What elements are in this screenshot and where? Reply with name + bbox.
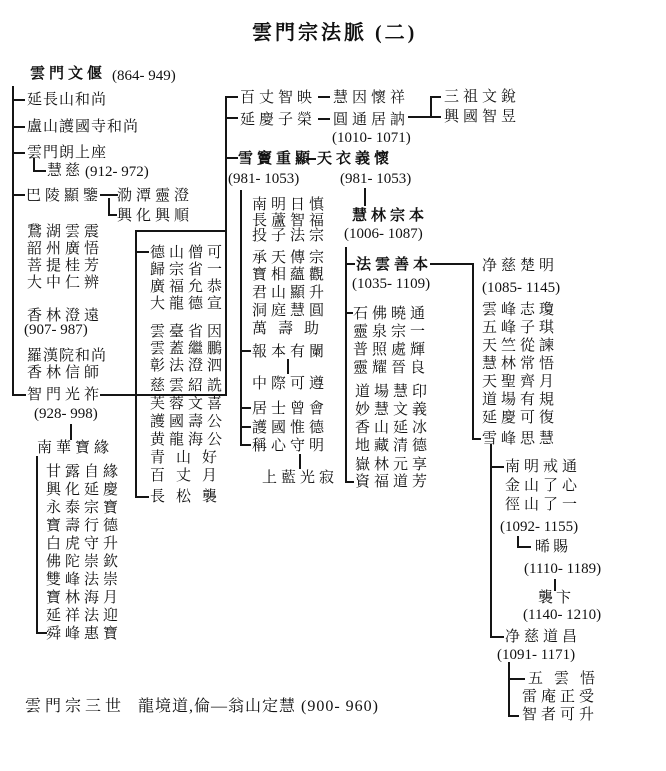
- connector-line: [135, 230, 227, 232]
- person-node: 大中仁辨: [27, 275, 103, 291]
- person-node: 彰法澄泗: [150, 358, 226, 374]
- connector-line: [36, 632, 47, 634]
- caption-generation-label: 雲門宗三世: [25, 693, 125, 716]
- person-node: 普照處輝: [353, 342, 429, 358]
- person-node: 報本有闌: [252, 344, 328, 360]
- person-node: (864- 949): [112, 68, 176, 84]
- person-node: 五峰子琪: [482, 320, 558, 336]
- person-node: 泐潭靈澄: [117, 188, 193, 204]
- person-node: 大龍德宣: [150, 296, 226, 312]
- person-node: 天聖齊月: [482, 374, 558, 390]
- person-node: 雷庵正受: [522, 689, 598, 705]
- person-node: 靈耀晉良: [353, 360, 429, 376]
- person-node: 雲蓋繼鵬: [150, 341, 226, 357]
- person-node: (912- 972): [85, 164, 149, 180]
- person-node: (1010- 1071): [332, 130, 411, 146]
- person-node: (928- 998): [34, 406, 98, 422]
- person-node: (1140- 1210): [523, 607, 601, 623]
- person-node: 洞庭慧圓: [252, 303, 328, 319]
- connector-line: [299, 454, 301, 469]
- connector-line: [12, 126, 25, 128]
- person-node: (1085- 1145): [482, 280, 560, 296]
- person-node: 黄龍海公: [150, 432, 226, 448]
- connector-line: [472, 438, 481, 440]
- person-node: 君山顯升: [252, 285, 328, 301]
- person-node: 延慶可復: [482, 410, 558, 426]
- person-node: 道場慧印: [355, 384, 431, 400]
- person-node: 護國惟德: [252, 420, 328, 436]
- person-node: 嶽林元享: [355, 457, 431, 473]
- person-node: 靈泉宗一: [353, 324, 429, 340]
- person-node: 興國智昱: [444, 109, 520, 125]
- person-node: 雪竇重顯: [238, 151, 314, 167]
- person-node: (981- 1053): [228, 171, 299, 187]
- connector-line: [345, 263, 355, 265]
- person-node: 承天傳宗: [252, 250, 328, 266]
- connector-line: [108, 214, 117, 216]
- connector-line: [490, 636, 504, 638]
- connector-line: [225, 157, 238, 159]
- person-node: (907- 987): [24, 322, 88, 338]
- connector-line: [490, 444, 492, 638]
- connector-line: [225, 96, 227, 396]
- person-node: 延慶子榮: [240, 112, 316, 128]
- person-node: 圓通居訥: [333, 112, 409, 128]
- connector-line: [430, 263, 474, 265]
- person-node: 雪峰思慧: [482, 431, 558, 447]
- connector-line: [33, 170, 46, 172]
- connector-line: [36, 456, 38, 634]
- person-node: 盧山護國寺和尚: [27, 119, 139, 135]
- person-node: 延祥法迎: [46, 608, 122, 624]
- person-node: 中際可遵: [252, 376, 328, 392]
- person-node: 南明戒通: [505, 459, 581, 475]
- person-node: 延長山和尚: [27, 92, 107, 108]
- page-title: 雲門宗法脈 (二): [252, 16, 417, 45]
- lineage-chart-page: 雲門宗法脈 (二) 雲門文偃(864- 949)延長山和尚盧山護國寺和尚雲門朗上…: [0, 0, 666, 771]
- connector-line: [508, 678, 525, 680]
- person-node: 雲門文偃: [30, 66, 106, 82]
- connector-line: [135, 496, 149, 498]
- person-node: 慈雲紹詵: [150, 378, 226, 394]
- person-node: 南明日慎: [252, 197, 328, 213]
- person-node: 居士曾會: [252, 401, 328, 417]
- person-node: 慧慈: [47, 163, 83, 179]
- connector-line: [318, 96, 330, 98]
- connector-line: [508, 662, 510, 717]
- person-node: 青山好: [150, 450, 228, 466]
- person-node: 石佛曉通: [353, 306, 429, 322]
- person-node: 廣福允恭: [150, 279, 226, 295]
- connector-line: [240, 444, 251, 446]
- connector-line: [306, 158, 316, 160]
- person-node: 慧林常悟: [482, 356, 558, 372]
- connector-line: [12, 86, 14, 396]
- person-node: 寶壽行德: [46, 518, 122, 534]
- person-node: 佛陀崇欽: [46, 554, 122, 570]
- connector-line: [345, 247, 347, 483]
- person-node: 百丈月: [150, 468, 228, 484]
- connector-line: [508, 715, 519, 717]
- connector-line: [430, 96, 441, 98]
- person-node: 德山僧可: [150, 245, 226, 261]
- person-node: 香山延冰: [355, 420, 431, 436]
- connector-line: [318, 118, 330, 120]
- person-node: 净慈楚明: [482, 258, 558, 274]
- connector-line: [225, 96, 238, 98]
- connector-line: [554, 579, 556, 591]
- person-node: 百丈智映: [240, 90, 316, 106]
- connector-line: [430, 96, 432, 118]
- person-node: 三祖文銳: [444, 89, 520, 105]
- person-node: 永泰宗寶: [46, 500, 122, 516]
- connector-line: [12, 394, 26, 396]
- person-node: 净慈道昌: [505, 629, 581, 645]
- person-node: 甘露自緣: [46, 464, 122, 480]
- person-node: 妙慧文義: [355, 402, 431, 418]
- connector-line: [240, 426, 251, 428]
- person-node: 雲門朗上座: [27, 145, 107, 161]
- person-node: 天竺從諫: [482, 338, 558, 354]
- person-node: (1035- 1109): [352, 276, 430, 292]
- person-node: 護國壽公: [150, 414, 226, 430]
- person-node: 雲峰志瓊: [482, 302, 558, 318]
- person-node: 投子法宗: [252, 228, 328, 244]
- person-node: 興化延慶: [46, 482, 122, 498]
- connector-line: [517, 546, 531, 548]
- person-node: 法雲善本: [356, 257, 432, 273]
- connector-line: [430, 116, 441, 118]
- connector-line: [364, 188, 366, 206]
- connector-line: [225, 117, 238, 119]
- person-node: 興化興順: [117, 208, 193, 224]
- connector-line: [345, 481, 354, 483]
- person-node: (1091- 1171): [497, 647, 575, 663]
- person-node: 地藏清德: [355, 438, 431, 454]
- person-node: 寶相蘊觀: [252, 267, 328, 283]
- person-node: (1092- 1155): [500, 519, 578, 535]
- person-node: 萬壽助: [252, 321, 330, 337]
- person-node: 襲卞: [538, 590, 574, 606]
- person-node: 白虎守升: [46, 536, 122, 552]
- person-node: 鵞湖雲震: [27, 224, 103, 240]
- connector-line: [12, 99, 25, 101]
- person-node: 雲臺省因: [150, 324, 226, 340]
- person-node: 寶林海月: [46, 590, 122, 606]
- person-node: 歸宗省一: [150, 262, 226, 278]
- person-node: 金山了心: [505, 478, 581, 494]
- connector-line: [240, 407, 251, 409]
- connector-line: [287, 359, 289, 374]
- person-node: 徑山了一: [505, 497, 581, 513]
- person-node: 稱心守明: [252, 438, 328, 454]
- person-node: 長蘆智福: [252, 213, 328, 229]
- person-node: 慧林宗本: [352, 208, 428, 224]
- connector-line: [408, 116, 432, 118]
- person-node: 晞賜: [535, 539, 571, 555]
- connector-line: [100, 394, 226, 396]
- person-node: 菩提桂芳: [27, 258, 103, 274]
- connector-line: [100, 194, 118, 196]
- person-node: 五雲悟: [528, 671, 606, 687]
- connector-line: [240, 350, 251, 352]
- person-node: 智門光祚: [27, 387, 103, 403]
- person-node: 雙峰法崇: [46, 572, 122, 588]
- person-node: 智者可升: [522, 707, 598, 723]
- connector-line: [472, 263, 474, 440]
- person-node: 長松襲: [150, 489, 228, 505]
- person-node: 巴陵顯鑒: [26, 188, 102, 204]
- person-node: 舜峰惠寶: [46, 626, 122, 642]
- person-node: 慧因懷祥: [333, 90, 409, 106]
- person-node: 羅漢院和尚: [27, 348, 107, 364]
- caption-lineage-text: 龍境道,倫—翁山定慧 (900- 960): [138, 693, 379, 716]
- person-node: 韶州廣悟: [27, 241, 103, 257]
- connector-line: [490, 466, 504, 468]
- person-node: (1110- 1189): [524, 561, 601, 577]
- connector-line: [70, 424, 72, 440]
- person-node: (981- 1053): [340, 171, 411, 187]
- person-node: 南華寶緣: [37, 440, 113, 456]
- connector-line: [12, 152, 25, 154]
- person-node: 香林信師: [27, 365, 103, 381]
- person-node: (1006- 1087): [344, 226, 423, 242]
- person-node: 天衣義懷: [317, 151, 393, 167]
- connector-line: [12, 194, 25, 196]
- person-node: 道場有規: [482, 392, 558, 408]
- person-node: 芙蓉文喜: [150, 396, 226, 412]
- connector-line: [135, 230, 137, 498]
- person-node: 上藍光寂: [262, 470, 338, 486]
- person-node: 資福道芳: [355, 474, 431, 490]
- connector-line: [135, 251, 149, 253]
- connector-line: [345, 312, 353, 314]
